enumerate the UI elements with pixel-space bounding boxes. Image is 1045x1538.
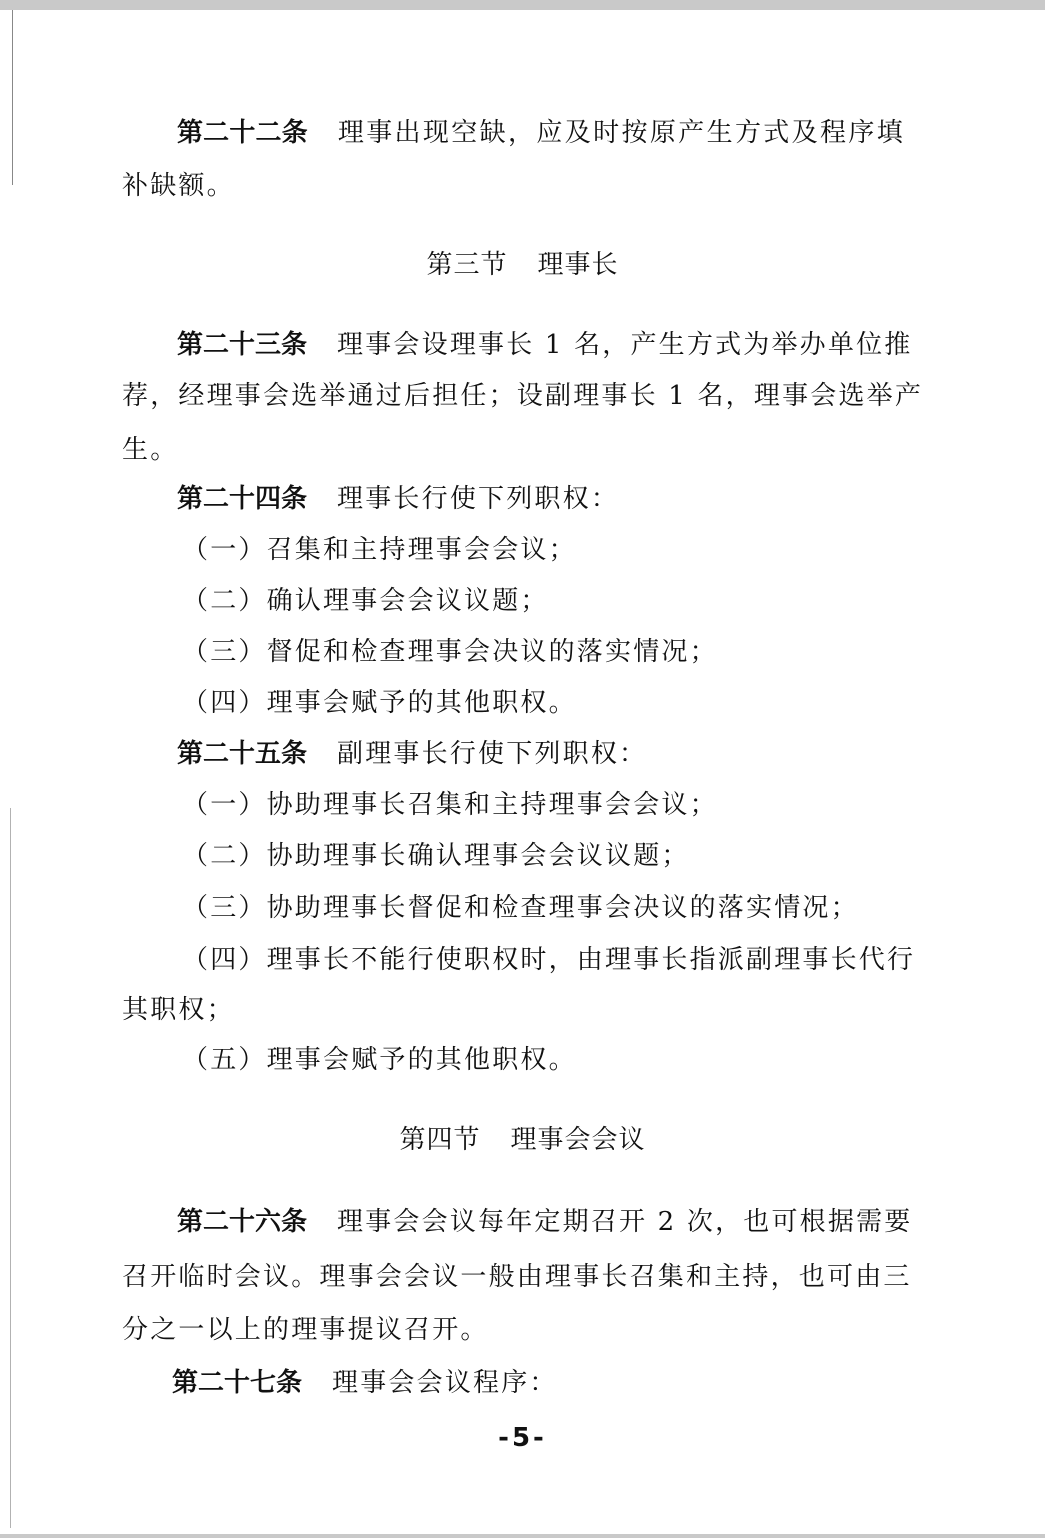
article-number: 第二十四条: [177, 484, 307, 514]
article-number: 第二十七条: [172, 1368, 302, 1398]
page-number: -5-: [0, 1422, 1045, 1454]
article-number: 第二十二条: [177, 118, 308, 148]
article-23-line-2: 荐，经理事会选举通过后担任；设副理事长 1 名，理事会选举产: [122, 379, 905, 413]
list-item: （二）协助理事长确认理事会会议议题；: [182, 839, 690, 873]
list-item: （四）理事长不能行使职权时，由理事长指派副理事长代行: [182, 943, 905, 977]
article-22-line-2: 补缺额。: [122, 169, 235, 203]
list-item-continuation: 其职权；: [122, 993, 235, 1027]
article-23-line-3: 生。: [122, 433, 178, 467]
scan-border-bottom: [0, 1534, 1045, 1538]
section-heading: 第三节理事长: [0, 248, 1045, 282]
list-item: （三）督促和检查理事会决议的落实情况；: [182, 635, 718, 669]
article-26-line-1: 第二十六条理事会会议每年定期召开 2 次，也可根据需要: [177, 1205, 905, 1239]
article-number: 第二十三条: [177, 330, 307, 360]
scan-border-top: [0, 0, 1045, 10]
scan-artifact-line: [12, 10, 13, 185]
article-24-intro: 第二十四条理事长行使下列职权：: [177, 482, 619, 516]
article-27-intro: 第二十七条理事会会议程序：: [172, 1366, 558, 1400]
article-number: 第二十五条: [177, 739, 307, 769]
article-26-line-3: 分之一以上的理事提议召开。: [122, 1313, 489, 1347]
article-22-line-1: 第二十二条理事出现空缺，应及时按原产生方式及程序填: [177, 116, 905, 150]
list-item: （五）理事会赋予的其他职权。: [182, 1043, 577, 1077]
article-23-line-1: 第二十三条理事会设理事长 1 名，产生方式为举办单位推: [177, 328, 905, 362]
list-item: （四）理事会赋予的其他职权。: [182, 686, 577, 720]
section-heading: 第四节理事会会议: [0, 1123, 1045, 1157]
list-item: （二）确认理事会会议议题；: [182, 584, 549, 618]
article-25-intro: 第二十五条副理事长行使下列职权：: [177, 737, 647, 771]
list-item: （一）召集和主持理事会会议；: [182, 533, 577, 567]
list-item: （一）协助理事长召集和主持理事会会议；: [182, 788, 718, 822]
article-26-line-2: 召开临时会议。理事会会议一般由理事长召集和主持，也可由三: [122, 1260, 905, 1294]
article-number: 第二十六条: [177, 1207, 307, 1237]
list-item: （三）协助理事长督促和检查理事会决议的落实情况；: [182, 891, 859, 925]
scan-artifact-line: [10, 808, 11, 1528]
